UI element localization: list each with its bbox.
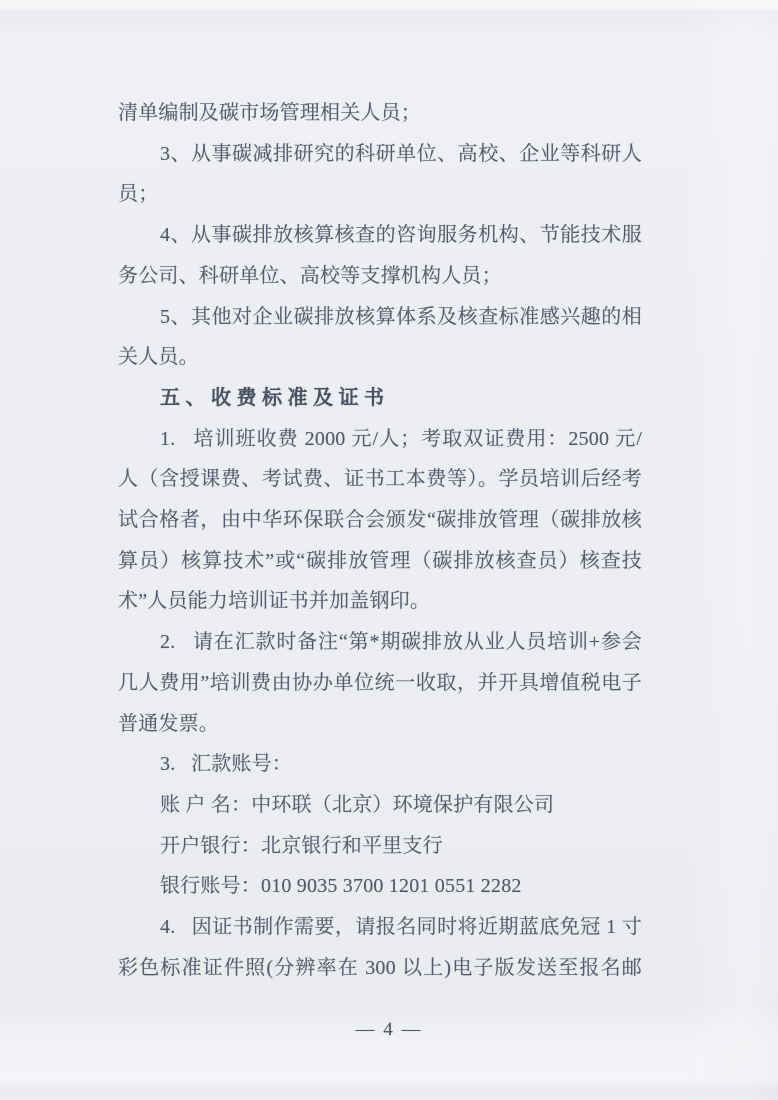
document-line: 几人费用”培训费由协办单位统一收取，并开具增值税电子 xyxy=(118,663,642,704)
document-line: 清单编制及碳市场管理相关人员； xyxy=(118,93,642,134)
document-line: 算员）核算技术”或“碳排放管理（碳排放核查员）核查技 xyxy=(118,541,642,582)
document-line: 试合格者，由中华环保联合会颁发“碳排放管理（碳排放核 xyxy=(118,500,642,541)
document-line: 3. 汇款账号： xyxy=(118,744,642,785)
document-line: 5、其他对企业碳排放核算体系及核查标准感兴趣的相 xyxy=(118,297,642,338)
document-line: 彩色标准证件照(分辨率在 300 以上)电子版发送至报名邮 xyxy=(118,948,642,989)
document-line: 1. 培训班收费 2000 元/人；考取双证费用：2500 元/ xyxy=(118,419,642,460)
document-line: 开户银行：北京银行和平里支行 xyxy=(118,826,642,867)
document-body: 清单编制及碳市场管理相关人员；3、从事碳减排研究的科研单位、高校、企业等科研人员… xyxy=(118,93,642,988)
document-line: 员； xyxy=(118,174,642,215)
document-line: 账 户 名：中环联（北京）环境保护有限公司 xyxy=(118,785,642,826)
section-heading: 五、收费标准及证书 xyxy=(118,378,642,419)
document-line: 2. 请在汇款时备注“第*期碳排放从业人员培训+参会 xyxy=(118,622,642,663)
document-line: 关人员。 xyxy=(118,337,642,378)
document-line: 4、从事碳排放核算核查的咨询服务机构、节能技术服 xyxy=(118,215,642,256)
document-line: 术”人员能力培训证书并加盖钢印。 xyxy=(118,581,642,622)
scanned-document-page: 清单编制及碳市场管理相关人员；3、从事碳减排研究的科研单位、高校、企业等科研人员… xyxy=(0,0,778,1100)
document-line: 人（含授课费、考试费、证书工本费等）。学员培训后经考 xyxy=(118,459,642,500)
document-line: 银行账号：010 9035 3700 1201 0551 2282 xyxy=(118,866,642,907)
document-line: 务公司、科研单位、高校等支撑机构人员； xyxy=(118,256,642,297)
document-line: 4. 因证书制作需要，请报名同时将近期蓝底免冠 1 寸 xyxy=(118,907,642,948)
document-line: 3、从事碳减排研究的科研单位、高校、企业等科研人 xyxy=(118,134,642,175)
page-number: — 4 — xyxy=(0,1015,778,1045)
document-line: 普通发票。 xyxy=(118,704,642,745)
